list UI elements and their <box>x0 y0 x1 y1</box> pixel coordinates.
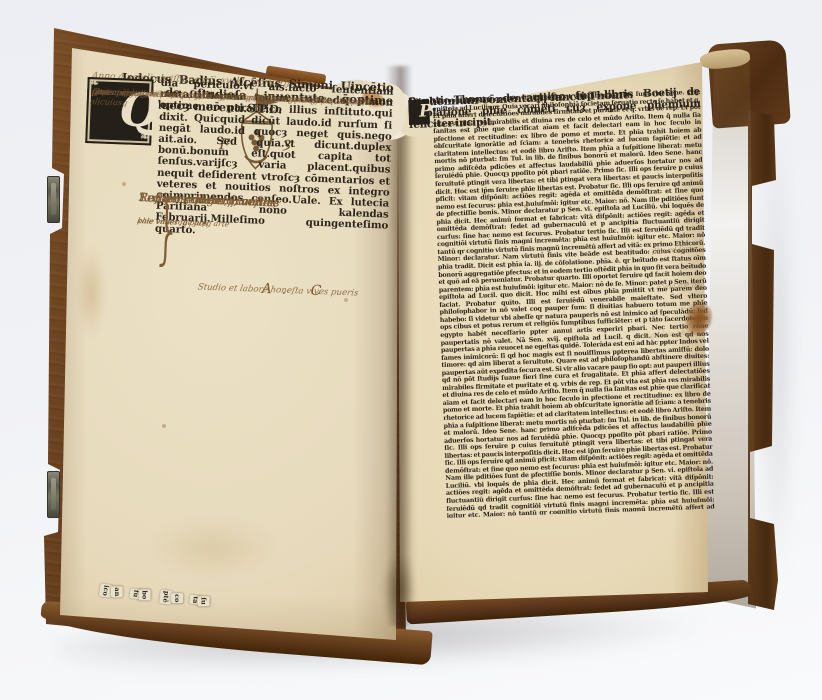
right-page-content: Prohemium cōmentarij ſancti Thome. Sanct… <box>408 86 717 596</box>
gutter-bottom-shadow <box>382 552 416 628</box>
signature-mark: a ii <box>408 96 428 106</box>
commentary-body: Philoſophie ſeruias oportet vt tibi cōti… <box>408 89 714 519</box>
list-item: co <box>171 593 183 603</box>
commentary-body-text: hiloſophie ſeruias oportet vt tibi cōtin… <box>432 89 714 519</box>
foxing-speck <box>524 204 528 208</box>
photo-of-antique-book: q b o Jodocus Badius Aſcēſius Simoni Uin… <box>0 0 822 700</box>
foxing-speck <box>472 424 476 428</box>
foxing-speck <box>122 182 126 186</box>
manuscript-brace: } <box>152 185 184 276</box>
foxing-speck <box>344 298 348 302</box>
list-item: bo <box>139 589 151 600</box>
list-item: phie vnuercq pacſi <box>136 216 209 229</box>
initial-ornament: ❧ <box>140 133 149 143</box>
clasp-catch-lower <box>47 471 60 518</box>
foxing-speck <box>162 424 166 428</box>
list-item: an <box>111 586 123 597</box>
clasp-catch-upper <box>47 176 60 223</box>
marginal-note: Nō. <box>648 397 663 407</box>
list-item: ſu <box>198 596 210 606</box>
left-page-content: Jodocus Badius Aſcēſius Simoni Uincētio … <box>67 70 400 642</box>
